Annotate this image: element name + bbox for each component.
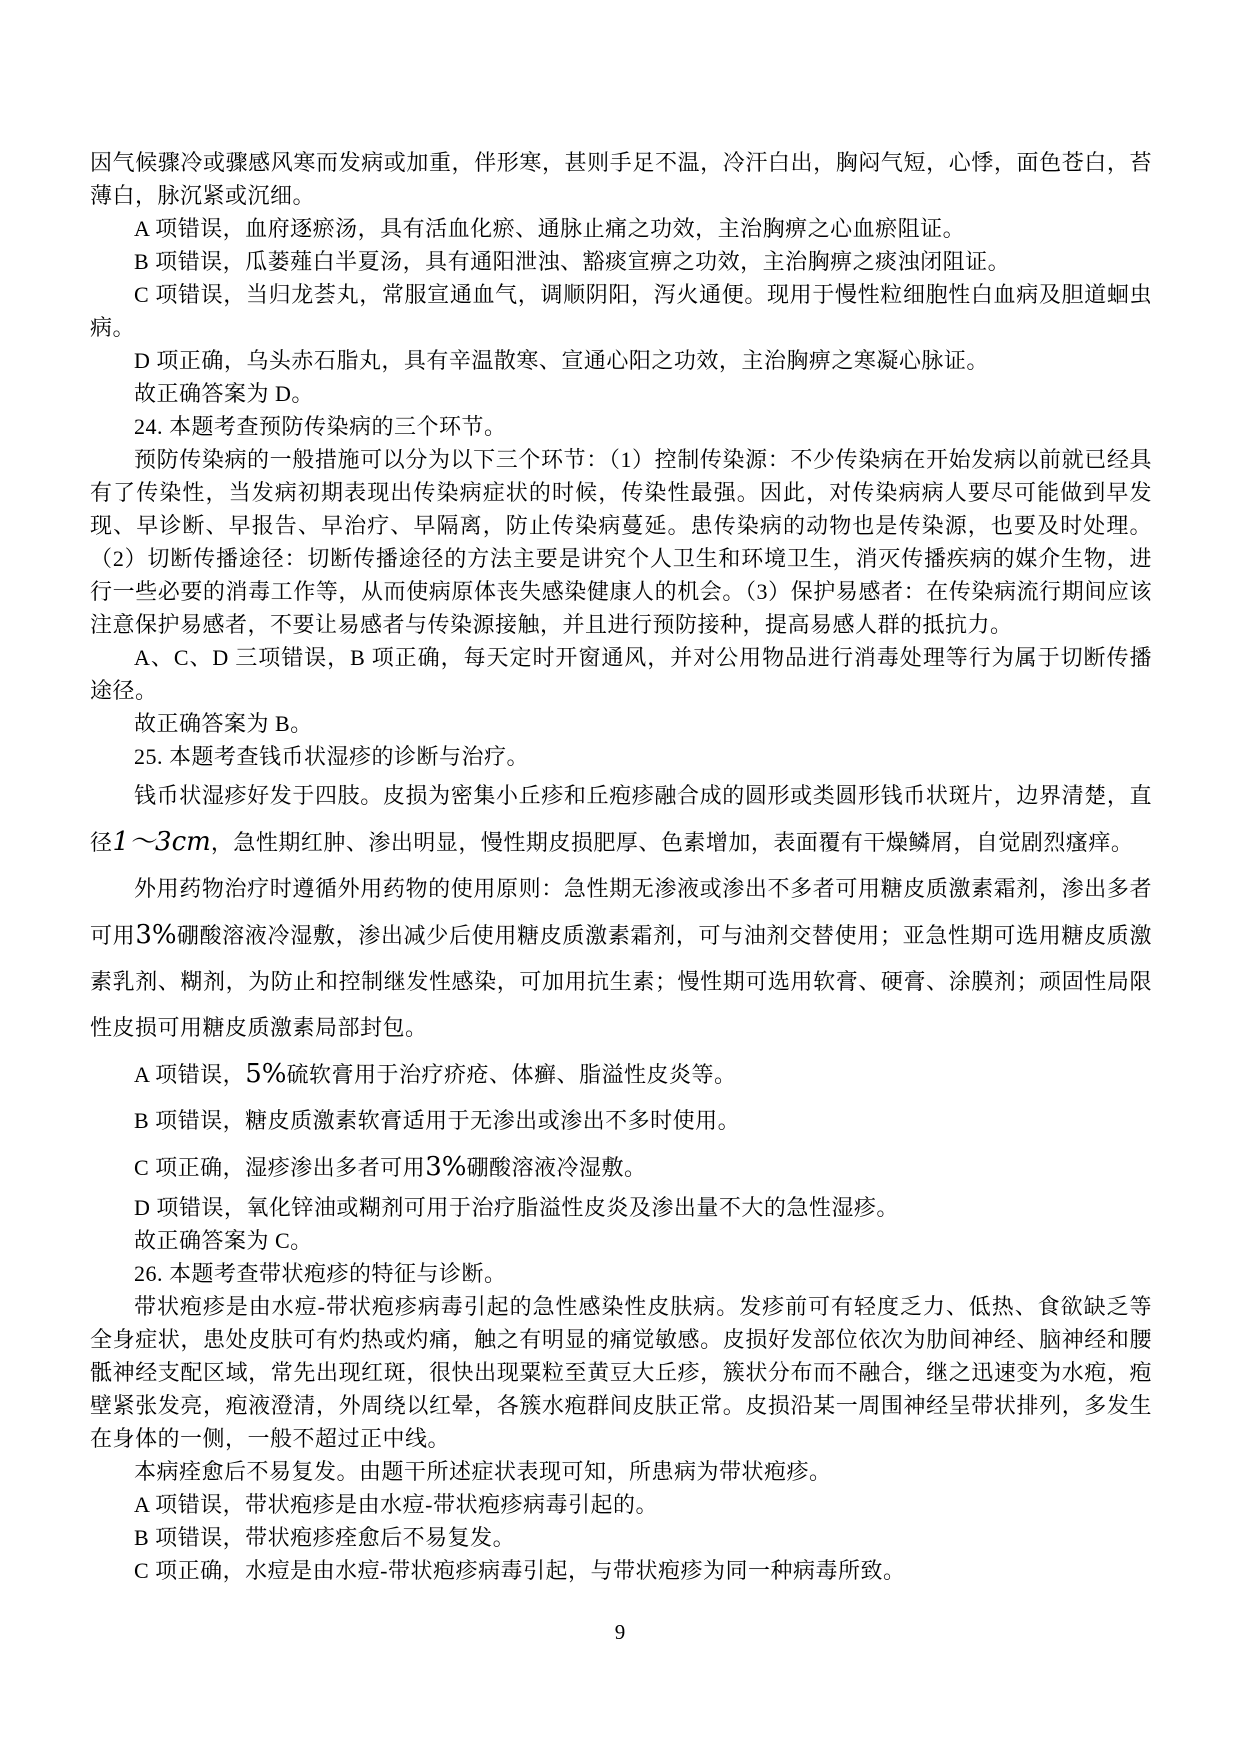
text-run: 硫软膏用于治疗疥疮、体癣、脂溢性皮炎等。 bbox=[286, 1062, 736, 1087]
text-run: D 项错误，氧化锌油或糊剂可用于治疗脂溢性皮炎及渗出量不大的急性湿疹。 bbox=[134, 1195, 899, 1220]
text-run: 带状疱疹是由水痘-带状疱疹病毒引起的急性感染性皮肤病。发疹前可有轻度乏力、低热、… bbox=[90, 1294, 1152, 1451]
text-run: B 项错误，带状疱疹痊愈后不易复发。 bbox=[134, 1525, 515, 1550]
text-run: D 项正确，乌头赤石脂丸，具有辛温散寒、宣通心阳之功效，主治胸痹之寒凝心脉证。 bbox=[134, 348, 989, 373]
math-formula: 3% bbox=[425, 1152, 466, 1182]
text-run: A 项错误， bbox=[134, 1062, 245, 1087]
text-run: 预防传染病的一般措施可以分为以下三个环节：（1）控制传染源：不少传染病在开始发病… bbox=[90, 447, 1152, 637]
q26-explanation-2: 本病痊愈后不易复发。由题干所述症状表现可知，所患病为带状疱疹。 bbox=[90, 1455, 1152, 1488]
q23-option-a-analysis: A 项错误，血府逐瘀汤，具有活血化瘀、通脉止痛之功效，主治胸痹之心血瘀阻证。 bbox=[90, 212, 1152, 245]
text-run: 故正确答案为 D。 bbox=[134, 381, 314, 406]
text-run: A 项错误，血府逐瘀汤，具有活血化瘀、通脉止痛之功效，主治胸痹之心血瘀阻证。 bbox=[134, 216, 965, 241]
text-run: A、C、D 三项错误，B 项正确，每天定时开窗通风，并对公用物品进行消毒处理等行… bbox=[90, 645, 1152, 703]
text-run: C 项错误，当归龙荟丸，常服宣通血气，调顺阴阳，泻火通便。现用于慢性粒细胞性白血… bbox=[90, 282, 1152, 340]
q26-option-a-analysis: A 项错误，带状疱疹是由水痘-带状疱疹病毒引起的。 bbox=[90, 1488, 1152, 1521]
text-run: 硼酸溶液冷湿敷。 bbox=[466, 1155, 646, 1180]
q25-option-a-analysis: A 项错误，5%硫软膏用于治疗疥疮、体癣、脂溢性皮炎等。 bbox=[90, 1051, 1152, 1098]
q25-explanation-2: 外用药物治疗时遵循外用药物的使用原则：急性期无渗液或渗出不多者可用糖皮质激素霜剂… bbox=[90, 866, 1152, 1051]
document-page: 因气候骤冷或骤感风寒而发病或加重，伴形寒，甚则手足不温，冷汗白出，胸闷气短，心悸… bbox=[0, 0, 1240, 1754]
q23-option-c-analysis: C 项错误，当归龙荟丸，常服宣通血气，调顺阴阳，泻火通便。现用于慢性粒细胞性白血… bbox=[90, 278, 1152, 344]
text-run: 硼酸溶液冷湿敷，渗出减少后使用糖皮质激素霜剂，可与油剂交替使用；亚急性期可选用糖… bbox=[90, 923, 1152, 1040]
q26-heading: 26. 本题考查带状疱疹的特征与诊断。 bbox=[90, 1257, 1152, 1290]
page-number: 9 bbox=[0, 1620, 1240, 1645]
text-run: C 项正确，湿疹渗出多者可用 bbox=[134, 1155, 425, 1180]
text-run: 本病痊愈后不易复发。由题干所述症状表现可知，所患病为带状疱疹。 bbox=[134, 1459, 832, 1484]
q26-explanation-1: 带状疱疹是由水痘-带状疱疹病毒引起的急性感染性皮肤病。发疹前可有轻度乏力、低热、… bbox=[90, 1290, 1152, 1455]
q24-heading: 24. 本题考查预防传染病的三个环节。 bbox=[90, 410, 1152, 443]
q25-heading: 25. 本题考查钱币状湿疹的诊断与治疗。 bbox=[90, 740, 1152, 773]
math-formula: 3% bbox=[135, 920, 176, 950]
q23-context-continuation: 因气候骤冷或骤感风寒而发病或加重，伴形寒，甚则手足不温，冷汗白出，胸闷气短，心悸… bbox=[90, 146, 1152, 212]
text-run: A 项错误，带状疱疹是由水痘-带状疱疹病毒引起的。 bbox=[134, 1492, 658, 1517]
math-formula: 1～3cm bbox=[113, 827, 211, 857]
q23-answer: 故正确答案为 D。 bbox=[90, 377, 1152, 410]
text-run: 25. 本题考查钱币状湿疹的诊断与治疗。 bbox=[134, 744, 529, 769]
q24-option-analysis: A、C、D 三项错误，B 项正确，每天定时开窗通风，并对公用物品进行消毒处理等行… bbox=[90, 641, 1152, 707]
text-run: B 项错误，糖皮质激素软膏适用于无渗出或渗出不多时使用。 bbox=[134, 1108, 740, 1133]
text-run: C 项正确，水痘是由水痘-带状疱疹病毒引起，与带状疱疹为同一种病毒所致。 bbox=[134, 1558, 906, 1583]
document-content: 因气候骤冷或骤感风寒而发病或加重，伴形寒，甚则手足不温，冷汗白出，胸闷气短，心悸… bbox=[90, 146, 1152, 1587]
text-run: ，急性期红肿、渗出明显，慢性期皮损肥厚、色素增加，表面覆有干燥鳞屑，自觉剧烈瘙痒… bbox=[211, 830, 1134, 855]
text-run: 故正确答案为 B。 bbox=[134, 711, 313, 736]
text-run: 故正确答案为 C。 bbox=[134, 1228, 313, 1253]
text-run: 因气候骤冷或骤感风寒而发病或加重，伴形寒，甚则手足不温，冷汗白出，胸闷气短，心悸… bbox=[90, 150, 1152, 208]
math-formula: 5% bbox=[245, 1059, 286, 1089]
q25-option-c-analysis: C 项正确，湿疹渗出多者可用3%硼酸溶液冷湿敷。 bbox=[90, 1144, 1152, 1191]
q24-answer: 故正确答案为 B。 bbox=[90, 707, 1152, 740]
q23-option-b-analysis: B 项错误，瓜蒌薤白半夏汤，具有通阳泄浊、豁痰宣痹之功效，主治胸痹之痰浊闭阻证。 bbox=[90, 245, 1152, 278]
q23-option-d-analysis: D 项正确，乌头赤石脂丸，具有辛温散寒、宣通心阳之功效，主治胸痹之寒凝心脉证。 bbox=[90, 344, 1152, 377]
text-run: 26. 本题考查带状疱疹的特征与诊断。 bbox=[134, 1261, 507, 1286]
q26-option-c-analysis: C 项正确，水痘是由水痘-带状疱疹病毒引起，与带状疱疹为同一种病毒所致。 bbox=[90, 1554, 1152, 1587]
q26-option-b-analysis: B 项错误，带状疱疹痊愈后不易复发。 bbox=[90, 1521, 1152, 1554]
q25-answer: 故正确答案为 C。 bbox=[90, 1224, 1152, 1257]
q25-explanation-1: 钱币状湿疹好发于四肢。皮损为密集小丘疹和丘疱疹融合成的圆形或类圆形钱币状斑片，边… bbox=[90, 773, 1152, 866]
text-run: 24. 本题考查预防传染病的三个环节。 bbox=[134, 414, 507, 439]
text-run: B 项错误，瓜蒌薤白半夏汤，具有通阳泄浊、豁痰宣痹之功效，主治胸痹之痰浊闭阻证。 bbox=[134, 249, 1010, 274]
q25-option-d-analysis: D 项错误，氧化锌油或糊剂可用于治疗脂溢性皮炎及渗出量不大的急性湿疹。 bbox=[90, 1191, 1152, 1224]
q25-option-b-analysis: B 项错误，糖皮质激素软膏适用于无渗出或渗出不多时使用。 bbox=[90, 1098, 1152, 1144]
q24-explanation: 预防传染病的一般措施可以分为以下三个环节：（1）控制传染源：不少传染病在开始发病… bbox=[90, 443, 1152, 641]
